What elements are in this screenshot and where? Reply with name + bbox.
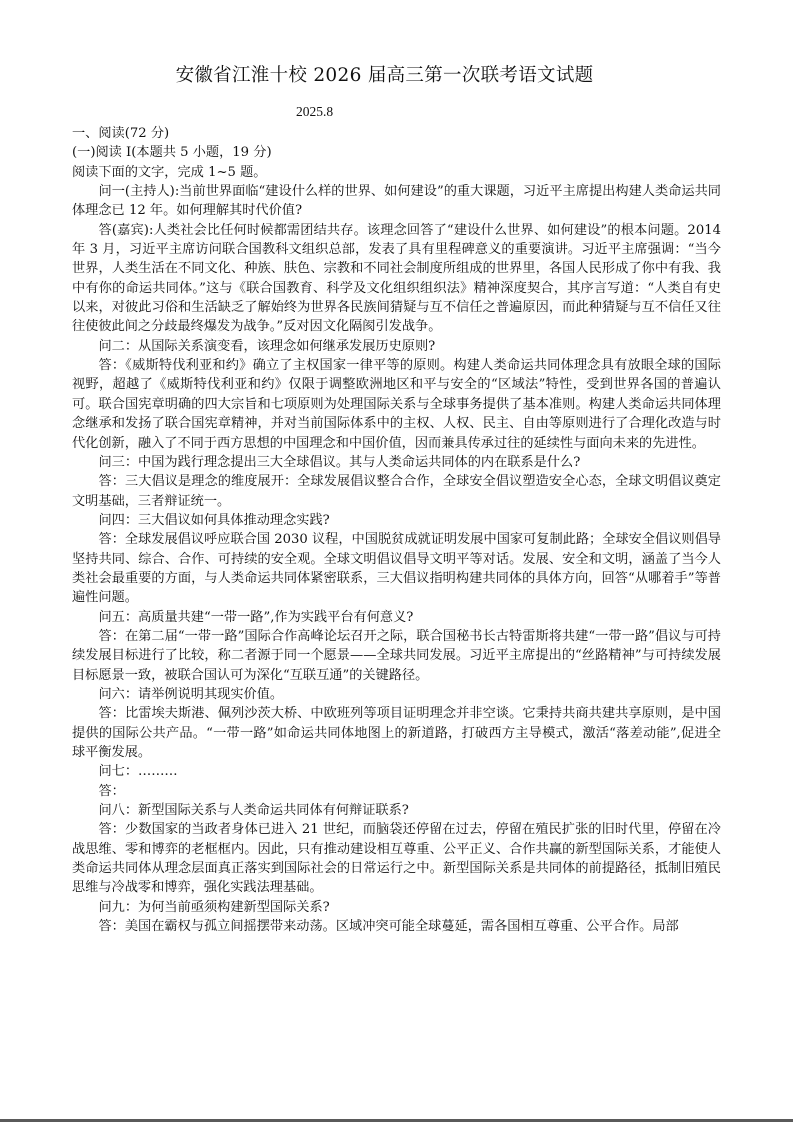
exam-title: 安徽省江淮十校 2026 届高三第一次联考语文试题 (0, 64, 781, 88)
question-7: 问七：……… (72, 762, 721, 781)
answer-7-blank: 答： (72, 782, 721, 801)
answer-6: 答：比雷埃夫斯港、佩列沙茨大桥、中欧班列等项目证明理念并非空谈。它秉持共商共建共… (72, 704, 721, 762)
answer-3: 答：三大倡议是理念的维度展开：全球发展倡议整合合作，全球安全倡议塑造安全心态，全… (72, 472, 721, 511)
answer-5: 答：在第二届“一带一路”国际合作高峰论坛召开之际，联合国秘书长古特雷斯将共建“一… (72, 627, 721, 685)
subsection-heading: (一)阅读 I(本题共 5 小题，19 分) (72, 143, 721, 162)
question-3: 问三：中国为践行理念提出三大全球倡议。其与人类命运共同体的内在联系是什么? (72, 453, 721, 472)
answer-2: 答：《威斯特伐利亚和约》确立了主权国家一律平等的原则。构建人类命运共同体理念具有… (72, 356, 721, 453)
question-6: 问六：请举例说明其现实价值。 (72, 685, 721, 704)
answer-8: 答：少数国家的当政者身体已进入 21 世纪，而脑袋还停留在过去，停留在殖民扩张的… (72, 820, 721, 897)
question-5: 问五：高质量共建“一带一路”,作为实践平台有何意义? (72, 608, 721, 627)
document-page: 安徽省江淮十校 2026 届高三第一次联考语文试题 2025.8 一、阅读(72… (0, 0, 793, 1122)
question-1: 问一(主持人):当前世界面临“建设什么样的世界、如何建设”的重大课题，习近平主席… (72, 182, 721, 221)
answer-9: 答：美国在霸权与孤立间摇摆带来动荡。区域冲突可能全球蔓延，需各国相互尊重、公平合… (72, 917, 721, 936)
document-body: 一、阅读(72 分) (一)阅读 I(本题共 5 小题，19 分) 阅读下面的文… (72, 124, 721, 936)
answer-4: 答：全球发展倡议呼应联合国 2030 议程，中国脱贫成就证明发展中国家可复制此路… (72, 530, 721, 607)
reading-instruction: 阅读下面的文字，完成 1~5 题。 (72, 163, 721, 182)
answer-1: 答(嘉宾):人类社会比任何时候都需团结共存。该理念回答了“建设什么世界、如何建设… (72, 221, 721, 337)
question-4: 问四：三大倡议如何具体推动理念实践? (72, 511, 721, 530)
exam-date: 2025.8 (296, 103, 333, 121)
question-9: 问九：为何当前亟须构建新型国际关系? (72, 898, 721, 917)
question-8: 问八：新型国际关系与人类命运共同体有何辩证联系? (72, 801, 721, 820)
section-heading: 一、阅读(72 分) (72, 124, 721, 143)
question-2: 问二：从国际关系演变看，该理念如何继承发展历史原则? (72, 337, 721, 356)
